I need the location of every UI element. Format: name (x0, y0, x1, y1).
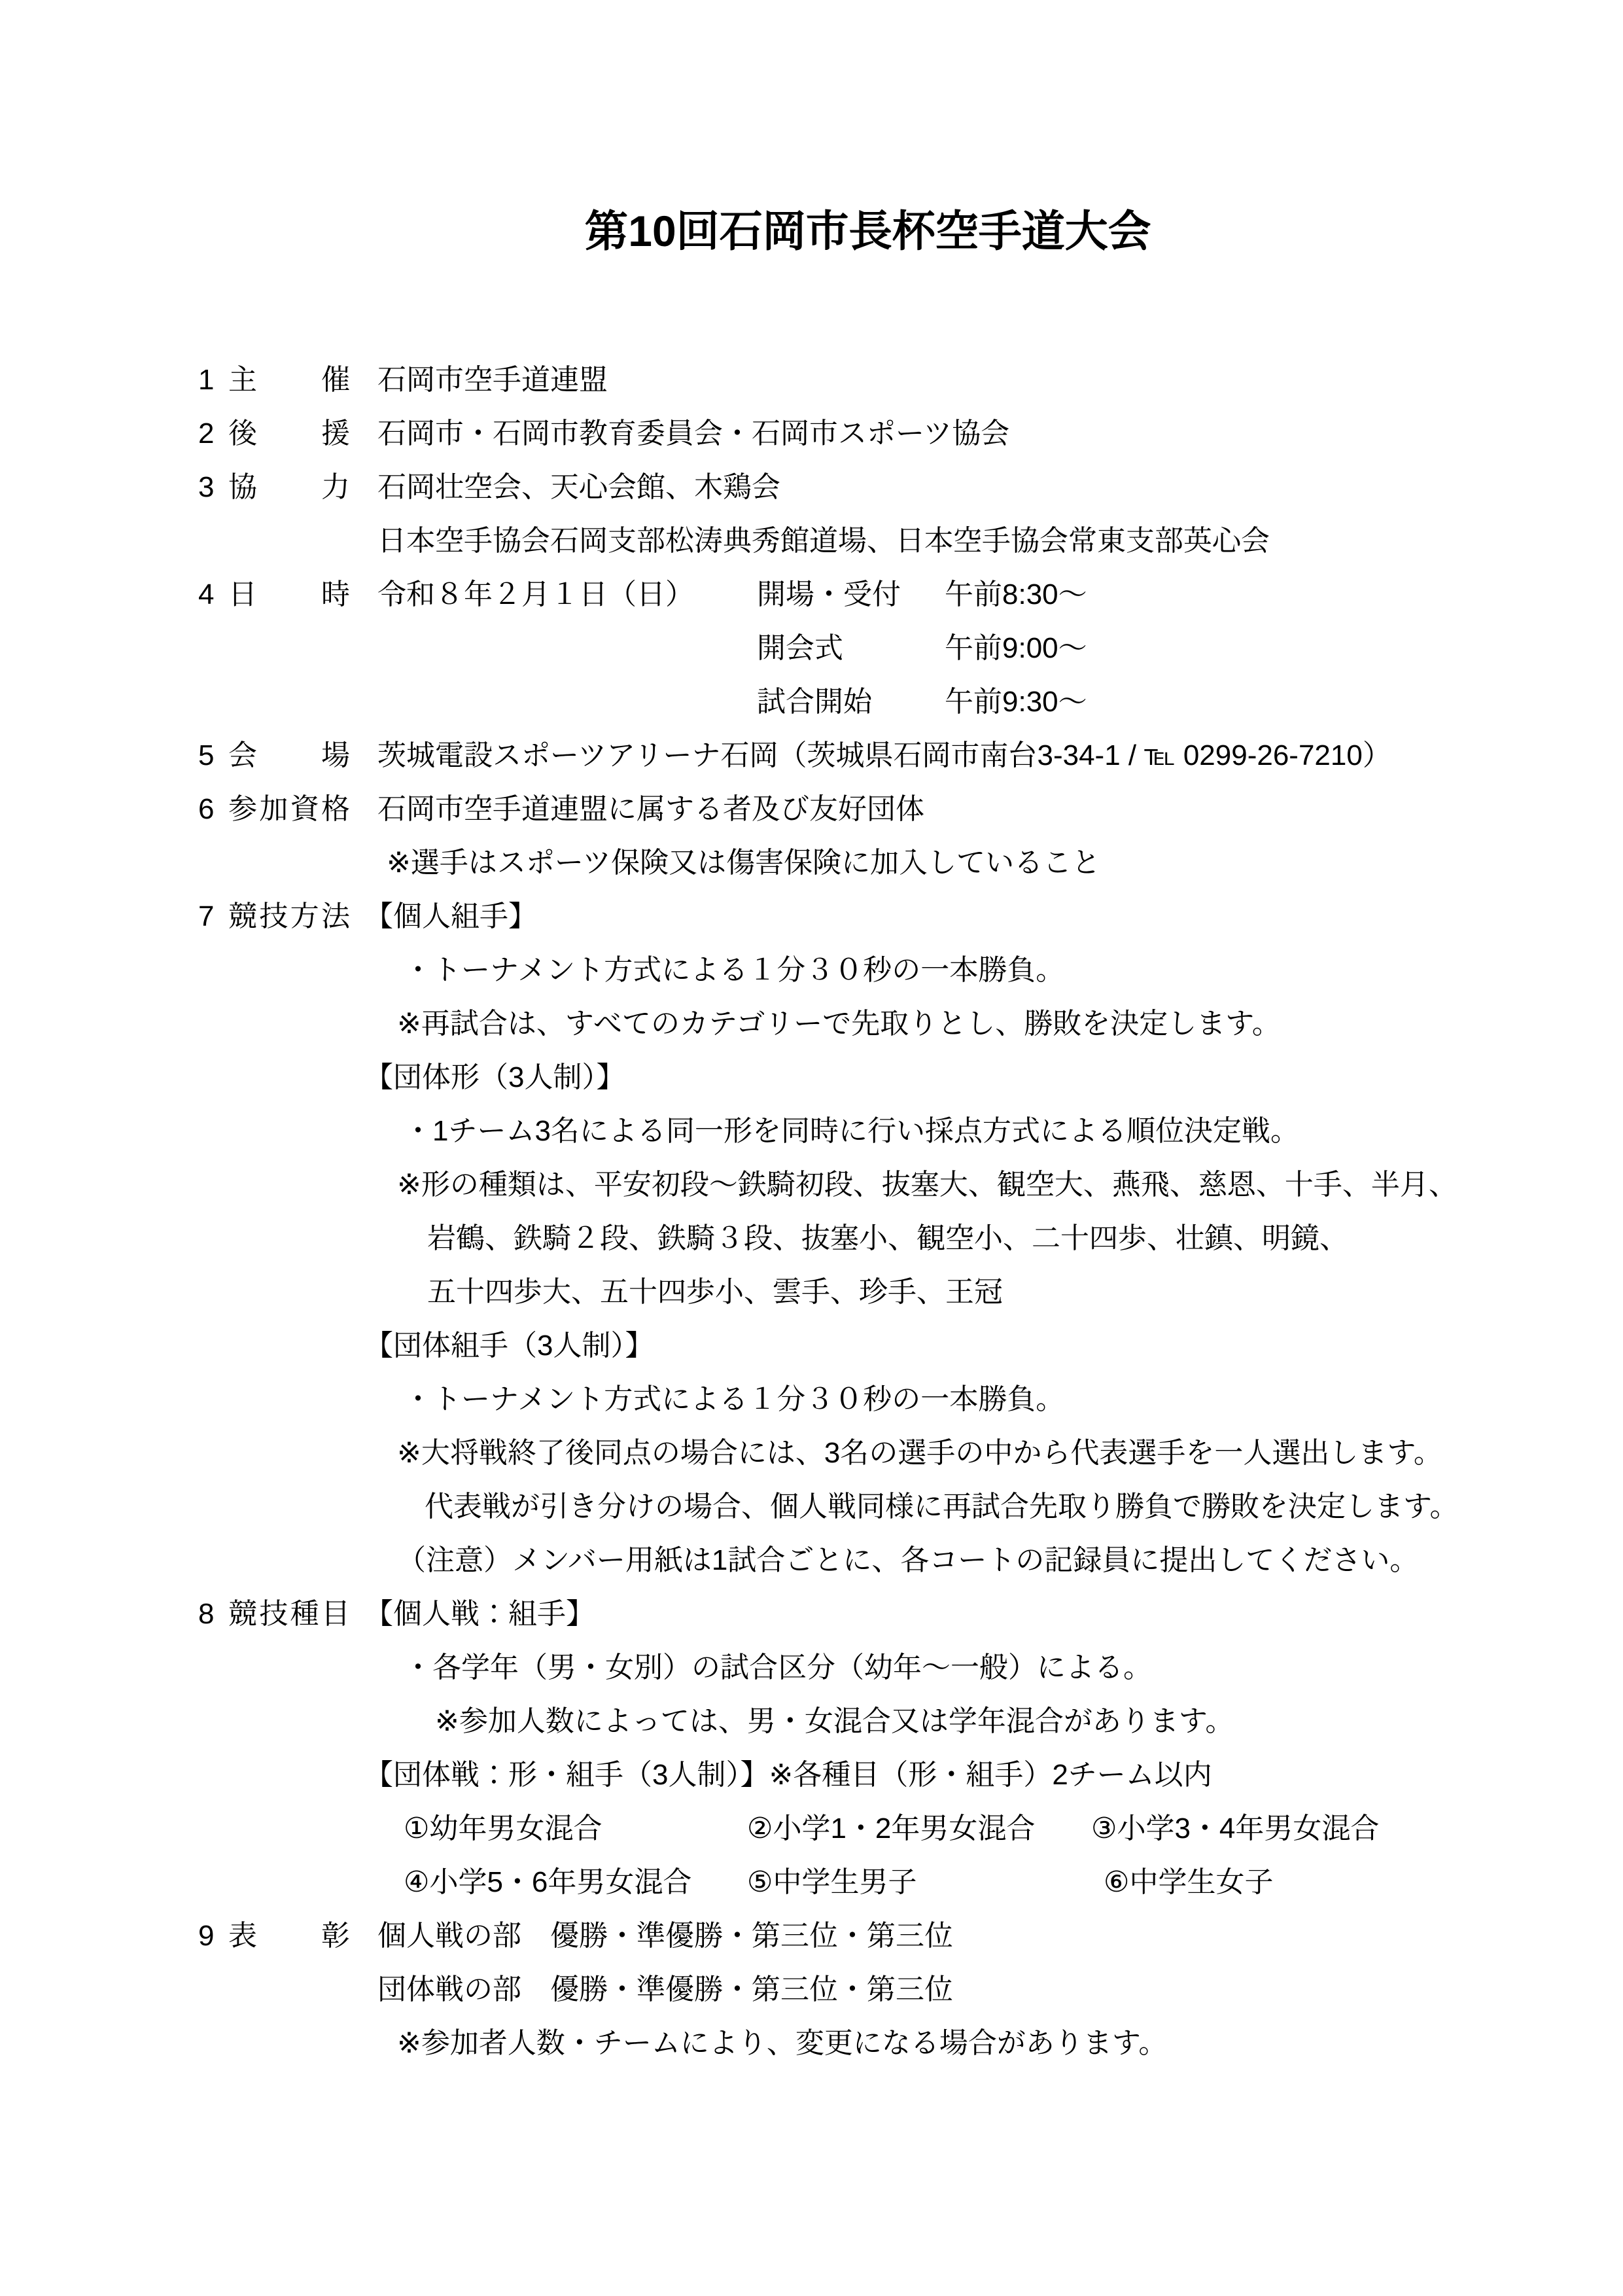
text-line: 石岡壮空会、天心会館、木鶏会 (377, 461, 780, 514)
rules-heading-row: 【団体組手（3人制）】 (198, 1319, 1538, 1373)
section-content: ①幼年男女混合 ②小学1・2年男女混合 ③小学3・4年男女混合 (377, 1802, 1538, 1856)
label-char: 種 (290, 1587, 319, 1641)
section-content: 【個人組手】 (377, 890, 1538, 944)
bullet-line: ・トーナメント方式による１分３０秒の一本勝負。 (404, 944, 1064, 997)
rules-note-row: ※再試合は、すべてのカテゴリーで先取りとし、勝敗を決定します。 (198, 997, 1538, 1051)
rules-note-row: ※形の種類は、平安初段～鉄騎初段、抜塞大、観空大、燕飛、慈恩、十手、半月、 (198, 1158, 1538, 1212)
section-content: （注意）メンバー用紙は1試合ごとに、各コートの記録員に提出してください。 (377, 1534, 1538, 1587)
category-item: ④小学5・6年男女混合 (404, 1856, 747, 1909)
rules-note-cont-row: 五十四歩大、五十四歩小、雲手、珍手、王冠 (198, 1265, 1538, 1319)
rules-caution-row: （注意）メンバー用紙は1試合ごとに、各コートの記録員に提出してください。 (198, 1534, 1538, 1587)
label-char: 催 (321, 353, 350, 407)
date-spacer (377, 622, 757, 675)
category-item: ⑥中学生女子 (1104, 1856, 1273, 1909)
venue-text: 茨城電設スポーツアリーナ石岡（茨城県石岡市南台3-34-1 / ℡ 0299-2… (377, 729, 1391, 783)
awards-note-row: ※参加者人数・チームにより、変更になる場合があります。 (198, 2017, 1538, 2070)
section-number: 5 (198, 729, 228, 783)
section-label: 後援 (228, 407, 350, 461)
section-content: 試合開始 午前9:30～ (377, 675, 1538, 729)
label-char: 目 (321, 1587, 350, 1641)
rules-note-cont-row: 代表戦が引き分けの場合、個人戦同様に再試合先取り勝負で勝敗を決定します。 (198, 1480, 1538, 1534)
schedule-time: 午前9:00～ (945, 622, 1087, 675)
section-content: ④小学5・6年男女混合 ⑤中学生男子 ⑥中学生女子 (377, 1856, 1538, 1909)
label-char: 参 (228, 783, 257, 836)
category-item: ⑤中学生男子 (747, 1856, 1104, 1909)
section-label: 競技種目 (228, 1587, 350, 1641)
label-char: 時 (321, 568, 350, 622)
label-char: 援 (321, 407, 350, 461)
schedule-time: 午前9:30～ (945, 675, 1087, 729)
section-content: 令和８年２月１日（日） 開場・受付 午前8:30～ (377, 568, 1538, 622)
label-char: 技 (259, 1587, 288, 1641)
section-content: 五十四歩大、五十四歩小、雲手、珍手、王冠 (377, 1265, 1538, 1319)
date-spacer (377, 675, 757, 729)
section-content: 個人戦の部 優勝・準優勝・第三位・第三位 (377, 1909, 1538, 1963)
awards-cont-row: 団体戦の部 優勝・準優勝・第三位・第三位 (198, 1963, 1538, 2017)
rules-note-cont-row: 岩鶴、鉄騎２段、鉄騎３段、抜塞小、観空小、二十四歩、壮鎮、明鏡、 (198, 1212, 1538, 1265)
schedule-time: 午前8:30～ (945, 568, 1087, 622)
section-content: ・トーナメント方式による１分３０秒の一本勝負。 (377, 944, 1538, 997)
note-line: 岩鶴、鉄騎２段、鉄騎３段、抜塞小、観空小、二十四歩、壮鎮、明鏡、 (427, 1212, 1348, 1265)
bullet-line: ・各学年（男・女別）の試合区分（幼年～一般）による。 (404, 1641, 1152, 1695)
section-content: 【団体形（3人制）】 (377, 1051, 1538, 1104)
label-char: 法 (321, 890, 350, 944)
rules-bullet-row: ・1チーム3名による同一形を同時に行い採点方式による順位決定戦。 (198, 1104, 1538, 1158)
subsection-heading: 【団体戦：形・組手（3人制）】※各種目（形・組手）2チーム以内 (364, 1748, 1212, 1802)
label-char: 方 (290, 890, 319, 944)
note-line: 代表戦が引き分けの場合、個人戦同様に再試合先取り勝負で勝敗を決定します。 (425, 1480, 1458, 1534)
section-label: 会場 (228, 729, 350, 783)
section-number: 3 (198, 461, 228, 514)
section-events-row: 8 競技種目 【個人戦：組手】 (198, 1587, 1538, 1641)
label-char: 加 (259, 783, 288, 836)
caution-line: （注意）メンバー用紙は1試合ごとに、各コートの記録員に提出してください。 (397, 1534, 1418, 1587)
label-char: 表 (228, 1909, 257, 1963)
section-content: ※選手はスポーツ保険又は傷害保険に加入していること (377, 836, 1538, 890)
section-content: ※再試合は、すべてのカテゴリーで先取りとし、勝敗を決定します。 (377, 997, 1538, 1051)
text-line: 石岡市空手道連盟 (377, 353, 608, 407)
events-heading-row: 【団体戦：形・組手（3人制）】※各種目（形・組手）2チーム以内 (198, 1748, 1538, 1802)
note-line: ※参加人数によっては、男・女混合又は学年混合があります。 (435, 1695, 1234, 1748)
rules-bullet-row: ・トーナメント方式による１分３０秒の一本勝負。 (198, 944, 1538, 997)
schedule-row: 試合開始 午前9:30～ (198, 675, 1538, 729)
event-date: 令和８年２月１日（日） (377, 568, 757, 622)
section-awards-row: 9 表彰 個人戦の部 優勝・準優勝・第三位・第三位 (198, 1909, 1538, 1963)
category-grid-row: ①幼年男女混合 ②小学1・2年男女混合 ③小学3・4年男女混合 (198, 1802, 1538, 1856)
text-line: 団体戦の部 優勝・準優勝・第三位・第三位 (377, 1963, 953, 2017)
section-content: 開会式 午前9:00～ (377, 622, 1538, 675)
label-char: 格 (321, 783, 350, 836)
subsection-heading: 【団体組手（3人制）】 (364, 1319, 654, 1373)
section-content: ※参加者人数・チームにより、変更になる場合があります。 (377, 2017, 1538, 2070)
schedule-event: 開場・受付 (757, 568, 945, 622)
rules-note-row: ※大将戦終了後同点の場合には、3名の選手の中から代表選手を一人選出します。 (198, 1426, 1538, 1480)
label-char: 技 (259, 890, 288, 944)
events-bullet-row: ・各学年（男・女別）の試合区分（幼年～一般）による。 (198, 1641, 1538, 1695)
subsection-heading: 【団体形（3人制）】 (364, 1051, 625, 1104)
section-label: 表彰 (228, 1909, 350, 1963)
category-grid-row: ④小学5・6年男女混合 ⑤中学生男子 ⑥中学生女子 (198, 1856, 1538, 1909)
document-page: 第10回石岡市長杯空手道大会 1 主催 石岡市空手道連盟 2 後援 石岡市・石岡… (0, 0, 1623, 2296)
section-content: ・トーナメント方式による１分３０秒の一本勝負。 (377, 1373, 1538, 1426)
section-content: 【団体戦：形・組手（3人制）】※各種目（形・組手）2チーム以内 (377, 1748, 1538, 1802)
bullet-line: ・トーナメント方式による１分３０秒の一本勝負。 (404, 1373, 1064, 1426)
category-item: ②小学1・2年男女混合 (747, 1802, 1091, 1856)
label-char: 協 (228, 461, 257, 514)
section-cooperation-cont-row: 日本空手協会石岡支部松涛典秀館道場、日本空手協会常東支部英心会 (198, 514, 1538, 568)
section-number: 7 (198, 890, 228, 944)
section-number: 8 (198, 1587, 228, 1641)
rules-bullet-row: ・トーナメント方式による１分３０秒の一本勝負。 (198, 1373, 1538, 1426)
section-content: 団体戦の部 優勝・準優勝・第三位・第三位 (377, 1963, 1538, 2017)
section-sponsor-row: 2 後援 石岡市・石岡市教育委員会・石岡市スポーツ協会 (198, 407, 1538, 461)
events-note-row: ※参加人数によっては、男・女混合又は学年混合があります。 (198, 1695, 1538, 1748)
note-line: ※大将戦終了後同点の場合には、3名の選手の中から代表選手を一人選出します。 (397, 1426, 1442, 1480)
section-datetime-row: 4 日時 令和８年２月１日（日） 開場・受付 午前8:30～ (198, 568, 1538, 622)
category-item: ③小学3・4年男女混合 (1091, 1802, 1379, 1856)
label-char: 競 (228, 1587, 257, 1641)
document-body: 1 主催 石岡市空手道連盟 2 後援 石岡市・石岡市教育委員会・石岡市スポーツ協… (198, 353, 1538, 2070)
bullet-line: ・1チーム3名による同一形を同時に行い採点方式による順位決定戦。 (404, 1104, 1299, 1158)
section-content: 【団体組手（3人制）】 (377, 1319, 1538, 1373)
section-label: 協力 (228, 461, 350, 514)
section-eligibility-row: 6 参加資格 石岡市空手道連盟に属する者及び友好団体 (198, 783, 1538, 836)
label-char: 競 (228, 890, 257, 944)
schedule-row: 開会式 午前9:00～ (198, 622, 1538, 675)
note-line: 五十四歩大、五十四歩小、雲手、珍手、王冠 (427, 1265, 1003, 1319)
section-number: 4 (198, 568, 228, 622)
section-number: 2 (198, 407, 228, 461)
section-label: 主催 (228, 353, 350, 407)
note-line: ※形の種類は、平安初段～鉄騎初段、抜塞大、観空大、燕飛、慈恩、十手、半月、 (397, 1158, 1457, 1212)
section-number: 6 (198, 783, 228, 836)
label-char: 彰 (321, 1909, 350, 1963)
section-content: 日本空手協会石岡支部松涛典秀館道場、日本空手協会常東支部英心会 (377, 514, 1538, 568)
section-content: 茨城電設スポーツアリーナ石岡（茨城県石岡市南台3-34-1 / ℡ 0299-2… (377, 729, 1538, 783)
text-line: 日本空手協会石岡支部松涛典秀館道場、日本空手協会常東支部英心会 (377, 514, 1270, 568)
section-content: 石岡壮空会、天心会館、木鶏会 (377, 461, 1538, 514)
label-char: 主 (228, 353, 257, 407)
label-char: 場 (321, 729, 350, 783)
subsection-heading: 【個人戦：組手】 (364, 1587, 595, 1641)
section-cooperation-row: 3 協力 石岡壮空会、天心会館、木鶏会 (198, 461, 1538, 514)
note-line: ※参加者人数・チームにより、変更になる場合があります。 (397, 2017, 1167, 2070)
section-rules-row: 7 競技方法 【個人組手】 (198, 890, 1538, 944)
text-line: 石岡市・石岡市教育委員会・石岡市スポーツ協会 (377, 407, 1009, 461)
section-label: 競技方法 (228, 890, 350, 944)
section-content: 岩鶴、鉄騎２段、鉄騎３段、抜塞小、観空小、二十四歩、壮鎮、明鏡、 (377, 1212, 1538, 1265)
schedule-event: 試合開始 (757, 675, 945, 729)
section-content: 【個人戦：組手】 (377, 1587, 1538, 1641)
section-content: ※大将戦終了後同点の場合には、3名の選手の中から代表選手を一人選出します。 (377, 1426, 1538, 1480)
text-line: 石岡市空手道連盟に属する者及び友好団体 (377, 783, 924, 836)
section-content: ・各学年（男・女別）の試合区分（幼年～一般）による。 (377, 1641, 1538, 1695)
schedule-event: 開会式 (757, 622, 945, 675)
text-line: 個人戦の部 優勝・準優勝・第三位・第三位 (377, 1909, 953, 1963)
section-content: 石岡市空手道連盟 (377, 353, 1538, 407)
section-eligibility-note-row: ※選手はスポーツ保険又は傷害保険に加入していること (198, 836, 1538, 890)
section-content: 石岡市・石岡市教育委員会・石岡市スポーツ協会 (377, 407, 1538, 461)
section-content: 石岡市空手道連盟に属する者及び友好団体 (377, 783, 1538, 836)
label-char: 会 (228, 729, 257, 783)
rules-heading-row: 【団体形（3人制）】 (198, 1051, 1538, 1104)
note-line: ※再試合は、すべてのカテゴリーで先取りとし、勝敗を決定します。 (397, 997, 1281, 1051)
section-number: 1 (198, 353, 228, 407)
section-number: 9 (198, 1909, 228, 1963)
section-content: ※形の種類は、平安初段～鉄騎初段、抜塞大、観空大、燕飛、慈恩、十手、半月、 (377, 1158, 1538, 1212)
subsection-heading: 【個人組手】 (364, 890, 537, 944)
section-host-row: 1 主催 石岡市空手道連盟 (198, 353, 1538, 407)
section-label: 参加資格 (228, 783, 350, 836)
label-char: 資 (290, 783, 319, 836)
label-char: 後 (228, 407, 257, 461)
document-title: 第10回石岡市長杯空手道大会 (198, 208, 1538, 254)
label-char: 日 (228, 568, 257, 622)
section-content: ※参加人数によっては、男・女混合又は学年混合があります。 (377, 1695, 1538, 1748)
section-label: 日時 (228, 568, 350, 622)
section-content: 代表戦が引き分けの場合、個人戦同様に再試合先取り勝負で勝敗を決定します。 (377, 1480, 1538, 1534)
section-venue-row: 5 会場 茨城電設スポーツアリーナ石岡（茨城県石岡市南台3-34-1 / ℡ 0… (198, 729, 1538, 783)
section-content: ・1チーム3名による同一形を同時に行い採点方式による順位決定戦。 (377, 1104, 1538, 1158)
category-item: ①幼年男女混合 (404, 1802, 747, 1856)
label-char: 力 (321, 461, 350, 514)
note-line: ※選手はスポーツ保険又は傷害保険に加入していること (387, 836, 1100, 890)
